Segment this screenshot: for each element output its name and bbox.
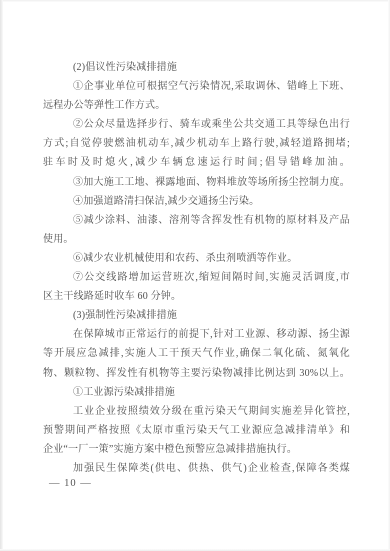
text-line: 驻车时及时熄火,减少车辆怠速运行时间;倡导错峰加油。 [43,153,350,172]
text-line: ①企事业单位可根据空气污染情况,采取调休、错峰上下班、 [43,77,350,96]
text-line: ③加大施工工地、裸露地面、物料堆放等场所扬尘控制力度。 [43,173,350,192]
text-line: 企业“一厂一策”实施方案中橙色预警应急减排措施执行。 [43,440,350,459]
scan-edge-top [0,0,390,2]
section-heading: (2)倡议性污染减排措施 [43,58,350,77]
text-line: 在保障城市正常运行的前提下,针对工业源、移动源、扬尘源 [43,325,350,344]
text-line: 使用。 [43,230,350,249]
scan-edge-left [0,0,3,551]
text-line: 预警期间严格按照《太原市重污染天气工业源应急减排清单》和 [43,421,350,440]
text-line: 物、颗粒物、挥发性有机物等主要污染物减排比例达到 30%以上。 [43,364,350,383]
text-line: ④加强道路清扫保洁,减少交通扬尘污染。 [43,192,350,211]
text-line: 工业企业按照绩效分级在重污染天气期间实施差异化管控, [43,402,350,421]
document-body: (2)倡议性污染减排措施 ①企事业单位可根据空气污染情况,采取调休、错峰上下班、… [43,58,350,478]
text-line: 等开展应急减排,实施人工干预天气作业,确保二氧化硫、氮氧化 [43,344,350,363]
text-line: ⑤减少涂料、油漆、溶剂等含挥发性有机物的原材料及产品 [43,211,350,230]
text-line: ②公众尽量选择步行、骑车或乘坐公共交通工具等绿色出行 [43,115,350,134]
document-page: (2)倡议性污染减排措施 ①企事业单位可根据空气污染情况,采取调休、错峰上下班、… [0,0,390,551]
page-number: — 10 — [49,474,92,493]
text-line: ⑦公交线路增加运营班次,缩短间隔时间,实施灵活调度,市 [43,268,350,287]
section-heading: ①工业源污染减排措施 [43,383,350,402]
section-heading: (3)强制性污染减排措施 [43,306,350,325]
text-line: 远程办公等弹性工作方式。 [43,96,350,115]
text-line: ⑥减少农业机械使用和农药、杀虫剂喷洒等作业。 [43,249,350,268]
text-line: 区主干线路延时收车 60 分钟。 [43,287,350,306]
text-line: 方式;自觉停驶燃油机动车,减少机动车上路行驶,减轻道路拥堵; [43,134,350,153]
